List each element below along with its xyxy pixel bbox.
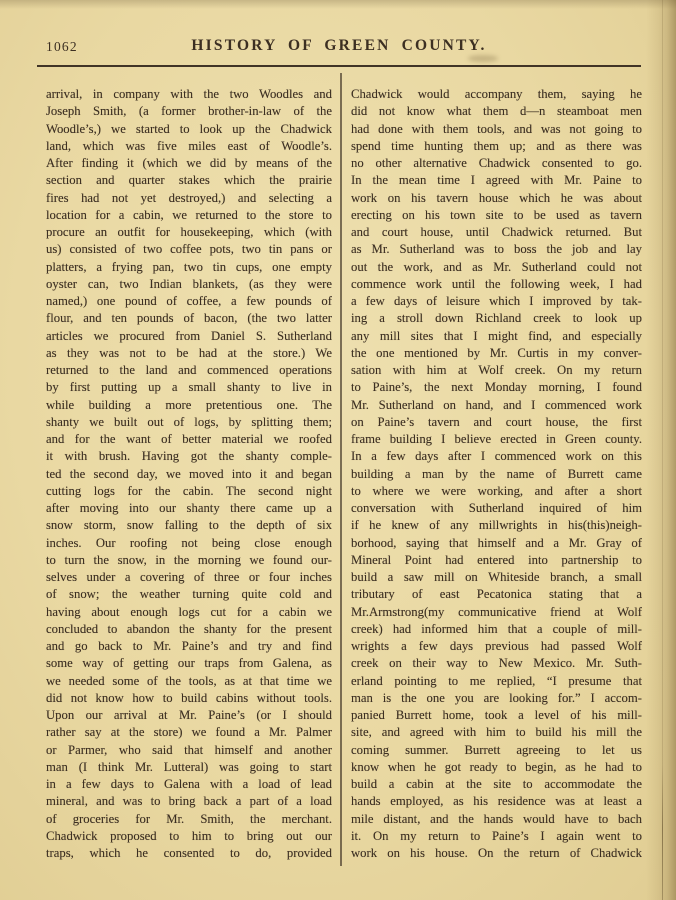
text-line: arrival, in company with the two Woodles… xyxy=(46,86,332,103)
text-line: man (I think Mr. Lutteral) was going to … xyxy=(46,759,332,776)
text-line: of snow; the weather turning quite cold … xyxy=(46,586,332,603)
text-line: conversation with Sutherland inquired of… xyxy=(351,500,642,517)
book-page: 1062 HISTORY OF GREEN COUNTY. arrival, i… xyxy=(0,0,676,900)
text-line: Chadwick would accompany them, saying he xyxy=(351,86,642,103)
text-line: on Paine’s tavern and court house, the f… xyxy=(351,414,642,431)
text-line: traps, which he consented to do, provide… xyxy=(46,845,332,862)
text-line: to where we were working, and after a sh… xyxy=(351,483,642,500)
text-line: a few days of leisure which I improved b… xyxy=(351,293,642,310)
top-edge-shadow xyxy=(0,0,676,9)
text-line: in a few days to Galena with a load of l… xyxy=(46,776,332,793)
text-line: no other alternative Chadwick consented … xyxy=(351,155,642,172)
text-line: Chadwick proposed to him to bring out ou… xyxy=(46,828,332,845)
text-line: ing a stroll down Richland creek to look… xyxy=(351,310,642,327)
text-line: shanty we built out of logs, by splittin… xyxy=(46,414,332,431)
text-line: work on his tavern house which he was ab… xyxy=(351,190,642,207)
text-line: procure an outfit for housekeeping, whic… xyxy=(46,224,332,241)
text-line: hands employed, as his residence was at … xyxy=(351,793,642,810)
ink-smudge xyxy=(468,55,498,62)
text-line: Woodle’s,) we started to look up the Cha… xyxy=(46,121,332,138)
text-line: had done with them tools, and was not go… xyxy=(351,121,642,138)
text-line: rather say at the store) we found a Mr. … xyxy=(46,724,332,741)
text-line: build a saw mill on Whiteside branch, a … xyxy=(351,569,642,586)
text-line: site, and agreed with him to build his m… xyxy=(351,724,642,741)
text-line: while building a more pretentious one. T… xyxy=(46,397,332,414)
text-line: articles we procured from Daniel S. Suth… xyxy=(46,328,332,345)
text-line: land, which was five miles east of Woodl… xyxy=(46,138,332,155)
text-line: fires had not yet destroyed,) and select… xyxy=(46,190,332,207)
text-line: some way of getting our traps from Galen… xyxy=(46,655,332,672)
text-line: sation with him at Wolf creek. On my ret… xyxy=(351,362,642,379)
text-line: Joseph Smith, (a former brother-in-law o… xyxy=(46,103,332,120)
text-line: of groceries for Mr. Smith, the merchant… xyxy=(46,811,332,828)
right-edge-shadow xyxy=(646,0,676,900)
left-column: arrival, in company with the two Woodles… xyxy=(46,86,332,862)
text-line: us) consisted of two coffee pots, two ti… xyxy=(46,241,332,258)
text-line: building a man by the name of Burrett ca… xyxy=(351,466,642,483)
page-title: HISTORY OF GREEN COUNTY. xyxy=(37,37,641,55)
text-line: creek on their way to New Mexico. Mr. Su… xyxy=(351,655,642,672)
text-line: coming summer. Burrett agreeing to let u… xyxy=(351,742,642,759)
text-line: as they was not to be had at the store.)… xyxy=(46,345,332,362)
text-line: mineral, and was to bring back a part of… xyxy=(46,793,332,810)
text-line: Upon our arrival at Mr. Paine’s (or I sh… xyxy=(46,707,332,724)
text-line: Mr. Sutherland on hand, and I commenced … xyxy=(351,397,642,414)
text-line: as Mr. Sutherland was to boss the job an… xyxy=(351,241,642,258)
text-line: we needed some of the tools, as at that … xyxy=(46,673,332,690)
text-line: snow storm, snow falling to the depth of… xyxy=(46,517,332,534)
text-line: borhood, saying that himself and a Mr. G… xyxy=(351,535,642,552)
text-line: know when he got ready to begin, as he h… xyxy=(351,759,642,776)
text-line: platters, a frying pan, two tin cups, on… xyxy=(46,259,332,276)
text-line: any mill sites that I might find, and es… xyxy=(351,328,642,345)
text-line: erland pointing to me replied, “I presum… xyxy=(351,673,642,690)
text-line: named,) one pound of coffee, a few pound… xyxy=(46,293,332,310)
text-line: panied Burrett home, took a level of his… xyxy=(351,707,642,724)
text-line: out the work, and as Mr. Sutherland coul… xyxy=(351,259,642,276)
text-line: After finding it (which we did by means … xyxy=(46,155,332,172)
text-line: Mineral Point had entered into partnersh… xyxy=(351,552,642,569)
text-line: and for the want of better material we r… xyxy=(46,431,332,448)
text-line: cutting logs for the cabin. The second n… xyxy=(46,483,332,500)
text-line: Mr.Armstrong(my communicative friend at … xyxy=(351,604,642,621)
text-line: or Parmer, who said that himself and ano… xyxy=(46,742,332,759)
text-line: the one mentioned by Mr. Curtis in my co… xyxy=(351,345,642,362)
text-line: work on his house. On the return of Chad… xyxy=(351,845,642,862)
text-line: it with brush. Having got the shanty com… xyxy=(46,448,332,465)
page-edge-line xyxy=(662,0,663,900)
text-line: creek) had informed him that a couple of… xyxy=(351,621,642,638)
column-divider xyxy=(340,73,342,866)
text-line: to turn the snow, in the morning we foun… xyxy=(46,552,332,569)
text-line: section and quarter stakes which the pra… xyxy=(46,172,332,189)
header-rule xyxy=(37,65,641,67)
text-line: spend time hunting them up; and as there… xyxy=(351,138,642,155)
text-line: build a cabin at the site to accommodate… xyxy=(351,776,642,793)
text-line: mile distant, and the hands would have t… xyxy=(351,811,642,828)
text-line: did not know what them d—n steamboat men xyxy=(351,103,642,120)
text-line: concluded to abandon the shanty for the … xyxy=(46,621,332,638)
text-line: flour, and ten pounds of bacon, (the two… xyxy=(46,310,332,327)
text-line: returned to the land and commenced opera… xyxy=(46,362,332,379)
text-line: erecting on his town site to be used as … xyxy=(351,207,642,224)
text-line: to Paine’s, the next Monday morning, I f… xyxy=(351,379,642,396)
text-line: In the mean time I agreed with Mr. Paine… xyxy=(351,172,642,189)
text-line: tributary of east Pecatonica stating tha… xyxy=(351,586,642,603)
text-line: frame building I believe erected in Gree… xyxy=(351,431,642,448)
text-line: In a few days after I commenced work on … xyxy=(351,448,642,465)
text-line: ted the second day, we moved into it and… xyxy=(46,466,332,483)
text-line: selves under a covering of three or four… xyxy=(46,569,332,586)
text-line: oyster can, two Indian blankets, (as the… xyxy=(46,276,332,293)
text-line: after moving into our shanty there came … xyxy=(46,500,332,517)
text-line: location for a cabin, we returned to the… xyxy=(46,207,332,224)
text-line: by first putting up a small shanty to li… xyxy=(46,379,332,396)
text-line: and go back to Mr. Paine’s and try and f… xyxy=(46,638,332,655)
text-line: and court house, until Chadwick returned… xyxy=(351,224,642,241)
text-line: man is the one you are looking for.” I a… xyxy=(351,690,642,707)
text-line: wrights a few days previous had passed W… xyxy=(351,638,642,655)
text-line: having about enough logs cut for a cabin… xyxy=(46,604,332,621)
text-line: if he knew of any millwrights in his(thi… xyxy=(351,517,642,534)
text-line: did not know how to build cabins without… xyxy=(46,690,332,707)
right-column: Chadwick would accompany them, saying he… xyxy=(351,86,642,862)
text-line: commence work until the following week, … xyxy=(351,276,642,293)
text-line: it. On my return to Paine’s I again went… xyxy=(351,828,642,845)
text-line: inches. Our roofing not being close enou… xyxy=(46,535,332,552)
